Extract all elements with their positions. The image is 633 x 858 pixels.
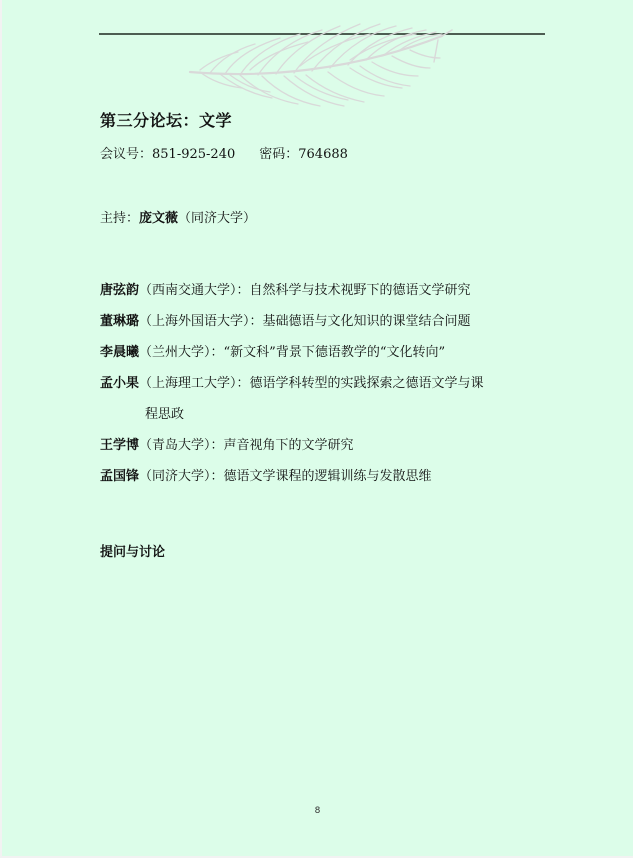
speaker-topic: 德语学科转型的实践探索之德语文学与课	[250, 376, 484, 391]
speaker-entry: 王学博（青岛大学）：声音视角下的文学研究	[100, 430, 550, 461]
meeting-id-label: 会议号：	[100, 147, 152, 162]
moderator-label: 主持：	[100, 211, 139, 226]
speaker-entry: 唐弦韵（西南交通大学）：自然科学与技术视野下的德语文学研究	[100, 275, 550, 306]
moderator-line: 主持：庞文薇（同济大学）	[100, 207, 256, 226]
speaker-name: 孟小果	[100, 376, 139, 391]
speaker-name: 董琳璐	[100, 314, 139, 329]
speaker-name: 孟国锋	[100, 469, 139, 484]
speaker-entry: 孟小果（上海理工大学）：德语学科转型的实践探索之德语文学与课 程思政	[100, 368, 550, 430]
speaker-topic: 基础德语与文化知识的课堂结合问题	[263, 314, 471, 329]
speaker-topic: “新文科”背景下德语教学的“文化转向”	[224, 345, 446, 360]
page-number: 8	[2, 806, 633, 816]
moderator-name: 庞文薇	[139, 211, 178, 226]
speaker-topic: 声音视角下的文学研究	[224, 438, 354, 453]
document-page: 第三分论坛：文学 会议号：851-925-240密码：764688 主持：庞文薇…	[2, 0, 633, 856]
speaker-affiliation: （上海外国语大学）：	[139, 314, 263, 329]
speaker-entry: 李晨曦（兰州大学）：“新文科”背景下德语教学的“文化转向”	[100, 337, 550, 368]
speaker-entry: 孟国锋（同济大学）：德语文学课程的逻辑训练与发散思维	[100, 461, 550, 492]
speaker-affiliation: （同济大学）：	[139, 469, 224, 484]
meeting-id: 851-925-240	[152, 147, 235, 162]
speaker-affiliation: （西南交通大学）：	[139, 283, 250, 298]
discussion-heading: 提问与讨论	[100, 541, 165, 560]
moderator-affiliation: （同济大学）	[178, 211, 256, 226]
speaker-name: 李晨曦	[100, 345, 139, 360]
header-rule	[99, 33, 545, 35]
forum-title: 第三分论坛：文学	[100, 108, 232, 131]
speaker-topic: 德语文学课程的逻辑训练与发散思维	[224, 469, 432, 484]
speaker-affiliation: （青岛大学）：	[139, 438, 224, 453]
speaker-affiliation: （上海理工大学）：	[139, 376, 250, 391]
speaker-affiliation: （兰州大学）：	[139, 345, 224, 360]
speaker-entry: 董琳璐（上海外国语大学）：基础德语与文化知识的课堂结合问题	[100, 306, 550, 337]
feather-icon	[180, 10, 462, 112]
speaker-topic-continued: 程思政	[100, 399, 550, 430]
speaker-topic: 自然科学与技术视野下的德语文学研究	[250, 283, 471, 298]
speaker-name: 唐弦韵	[100, 283, 139, 298]
password-label: 密码：	[259, 147, 298, 162]
speaker-list: 唐弦韵（西南交通大学）：自然科学与技术视野下的德语文学研究 董琳璐（上海外国语大…	[100, 275, 550, 492]
meeting-info: 会议号：851-925-240密码：764688	[100, 143, 348, 162]
speaker-name: 王学博	[100, 438, 139, 453]
password: 764688	[298, 147, 348, 162]
